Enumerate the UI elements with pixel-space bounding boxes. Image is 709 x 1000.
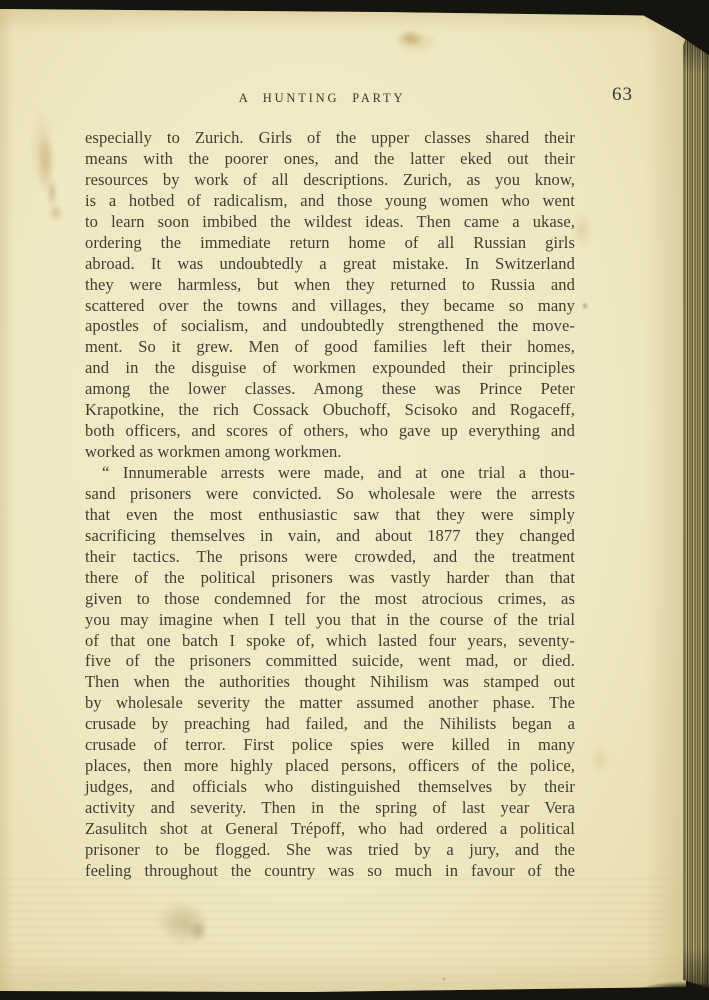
text-line: given to those condemned for the most at… xyxy=(85,589,575,610)
text-line: means with the poorer ones, and the latt… xyxy=(85,149,575,170)
text-line: they were harmless, but when they return… xyxy=(85,275,575,296)
page-number: 63 xyxy=(612,84,633,106)
text-line: Then when the authorities thought Nihili… xyxy=(85,672,575,693)
text-line: by wholesale severity the matter assumed… xyxy=(85,693,575,714)
stain-mark xyxy=(378,16,448,61)
photo-backdrop: A HUNTING PARTY 63 especially to Zurich.… xyxy=(0,0,709,1000)
text-line: worked as workmen among workmen. xyxy=(85,442,575,463)
text-line: Krapotkine, the rich Cossack Obuchoff, S… xyxy=(85,400,575,421)
text-line: there of the political prisoners was vas… xyxy=(85,568,575,589)
text-line: judges, and officials who distinguished … xyxy=(85,777,575,798)
text-line: ment. So it grew. Men of good families l… xyxy=(85,337,575,358)
text-line: prisoner to be flogged. She was tried by… xyxy=(85,840,575,861)
text-line: places, then more highly placed persons,… xyxy=(85,756,575,777)
text-line: and in the disguise of workmen expounded… xyxy=(85,358,575,379)
text-line: among the lower classes. Among these was… xyxy=(85,379,575,400)
stain-mark xyxy=(576,296,594,316)
book-fore-edge-pages xyxy=(683,12,709,988)
text-line: ordering the immediate return home of al… xyxy=(85,233,575,254)
text-line: crusade of terror. First police spies we… xyxy=(85,735,575,756)
stain-mark xyxy=(578,733,623,788)
text-line: activity and severity. Then in the sprin… xyxy=(85,798,575,819)
backdrop-shadow-bottom-right xyxy=(578,958,709,1000)
text-line: sacrificing themselves in vain, and abou… xyxy=(85,526,575,547)
running-title: A HUNTING PARTY xyxy=(85,91,559,106)
text-line: sand prisoners were convicted. So wholes… xyxy=(85,484,575,505)
text-line: scattered over the towns and villages, t… xyxy=(85,296,575,317)
text-line: both officers, and scores of others, who… xyxy=(85,421,575,442)
text-line: “ Innumerable arrests were made, and at … xyxy=(85,463,575,484)
text-line: Zasulitch shot at General Trépoff, who h… xyxy=(85,819,575,840)
text-line: to learn soon imbibed the wildest ideas.… xyxy=(85,212,575,233)
body-text: especially to Zurich. Girls of the upper… xyxy=(85,128,575,882)
text-line: their tactics. The prisons were crowded,… xyxy=(85,547,575,568)
text-line: crusade by preaching had failed, and the… xyxy=(85,714,575,735)
stain-mark xyxy=(18,88,78,238)
text-line: especially to Zurich. Girls of the upper… xyxy=(85,128,575,149)
text-line: that even the most enthusiastic saw that… xyxy=(85,505,575,526)
text-line: abroad. It was undoubtedly a great mista… xyxy=(85,254,575,275)
text-line: resources by work of all descriptions. Z… xyxy=(85,170,575,191)
text-line: you may imagine when I tell you that in … xyxy=(85,610,575,631)
book-page: A HUNTING PARTY 63 especially to Zurich.… xyxy=(0,8,686,993)
text-line: five of the prisoners committed suicide,… xyxy=(85,651,575,672)
text-line: of that one batch I spoke of, which last… xyxy=(85,631,575,652)
page-header: A HUNTING PARTY 63 xyxy=(85,86,633,112)
text-line: is a hotbed of radicalism, and those you… xyxy=(85,191,575,212)
text-line: apostles of socialism, and undoubtedly s… xyxy=(85,316,575,337)
